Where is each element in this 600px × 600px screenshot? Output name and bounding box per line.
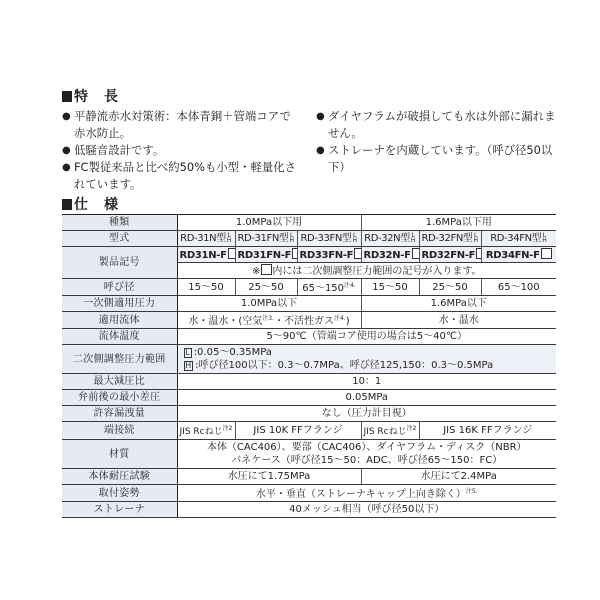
row-model: 型式 RD-31N型LH RD-31FN型LH RD-33FN型LH RD-32… bbox=[62, 231, 556, 247]
row-material: 材質 本体（CAC406）、要部（CAC406）、ダイヤフラム・ディスク（NBR… bbox=[62, 440, 556, 469]
note-text: 内には二次側調整圧力範囲の記号が入ります。 bbox=[272, 266, 481, 277]
label-leakage: 許容漏洩量 bbox=[62, 406, 177, 422]
bullet-icon: ● bbox=[316, 142, 325, 159]
note-mark: ※ bbox=[252, 266, 260, 277]
label-secondary-pressure: 二次側調整圧力範囲 bbox=[62, 345, 177, 374]
row-pressure-test: 本体耐圧試験 水圧にて1.75MPa 水圧にて2.4MPa bbox=[62, 469, 556, 485]
connection-cell: JIS Rcねじ注2 bbox=[361, 422, 419, 440]
blank-box-icon bbox=[261, 264, 272, 275]
strainer-value: 40メッシュ相当（呼び径50以下） bbox=[177, 502, 556, 518]
blank-box-icon bbox=[412, 248, 419, 259]
code-text: RD32FN-F bbox=[422, 250, 476, 261]
row-nominal: 呼び径 15～50 25～50 65～150注4. 15～50 25～50 65… bbox=[62, 279, 556, 296]
label-model: 型式 bbox=[62, 231, 177, 247]
type-high: 1.6MPa以下用 bbox=[361, 215, 556, 231]
model-text: RD-32FN型 bbox=[422, 233, 473, 244]
row-leakage: 許容漏洩量 なし（圧力計目視） bbox=[62, 406, 556, 422]
secondary-h-line: H:呼び径100以下：0.3～0.7MPa、呼び径125,150：0.3～0.5… bbox=[184, 359, 555, 372]
lh-suffix: LH bbox=[473, 233, 479, 243]
label-pressure-test: 本体耐圧試験 bbox=[62, 469, 177, 485]
feature-item: ●FC製従来品と比べ約50%も小型・軽量化されています。 bbox=[62, 159, 302, 193]
features-left-column: ●平静流赤水対策術：本体青銅＋管端コアで赤水防止。 ●低騒音設計です。 ●FC製… bbox=[62, 108, 302, 193]
h-key-icon: H bbox=[184, 361, 194, 371]
l-key-icon: L bbox=[184, 348, 192, 358]
feature-item: ●低騒音設計です。 bbox=[62, 142, 302, 159]
primary-pressure-low: 1.0MPa以下 bbox=[177, 296, 361, 312]
nominal-cell: 65～150注4. bbox=[297, 279, 361, 296]
label-code: 製品記号 bbox=[62, 247, 177, 279]
connection-cell: JIS 10K FFフランジ bbox=[235, 422, 361, 440]
feature-item: ●平静流赤水対策術：本体青銅＋管端コアで赤水防止。 bbox=[62, 108, 302, 142]
code-cell: RD32N-F bbox=[361, 247, 419, 263]
row-primary-pressure: 一次側適用圧力 1.0MPa以下 1.6MPa以下 bbox=[62, 296, 556, 312]
feature-text: 平静流赤水対策術：本体青銅＋管端コアで赤水防止。 bbox=[74, 109, 291, 140]
footnote-mark: 注3. bbox=[262, 315, 274, 322]
lh-suffix: LH bbox=[410, 233, 416, 243]
fluid-low: 水・温水・(空気注3.・不活性ガス注4.) bbox=[177, 312, 361, 329]
lh-suffix: LH bbox=[352, 233, 358, 243]
blank-box-icon bbox=[476, 248, 481, 259]
row-fluid: 適用流体 水・温水・(空気注3.・不活性ガス注4.) 水・温水 bbox=[62, 312, 556, 329]
code-cell: RD31N-F bbox=[177, 247, 235, 263]
feature-text: FC製従来品と比べ約50%も小型・軽量化されています。 bbox=[74, 160, 296, 191]
footnote-mark: 注4. bbox=[334, 315, 346, 322]
spec-title: 仕 様 bbox=[74, 197, 119, 213]
row-secondary-pressure: 二次側調整圧力範囲 L:0.05～0.35MPa H:呼び径100以下：0.3～… bbox=[62, 345, 556, 374]
label-type: 種類 bbox=[62, 215, 177, 231]
label-strainer: ストレーナ bbox=[62, 502, 177, 518]
nominal-cell: 15～50 bbox=[177, 279, 235, 296]
row-mounting: 取付姿勢 水平・垂直（ストレーナキャップ上向き除く）注5. bbox=[62, 485, 556, 502]
label-max-ratio: 最大減圧比 bbox=[62, 374, 177, 390]
row-type: 種類 1.0MPa以下用 1.6MPa以下用 bbox=[62, 215, 556, 231]
footnote-mark: 注4. bbox=[344, 282, 356, 289]
square-bullet-icon bbox=[62, 199, 72, 210]
square-bullet-icon bbox=[62, 91, 72, 102]
row-strainer: ストレーナ 40メッシュ相当（呼び径50以下） bbox=[62, 502, 556, 518]
model-cell: RD-32FN型LH bbox=[419, 231, 481, 247]
code-cell: RD32FN-F bbox=[419, 247, 481, 263]
secondary-l-line: L:0.05～0.35MPa bbox=[184, 346, 555, 359]
spec-table: 種類 1.0MPa以下用 1.6MPa以下用 型式 RD-31N型LH RD-3… bbox=[62, 214, 556, 518]
row-min-diff: 弁前後の最小差圧 0.05MPa bbox=[62, 390, 556, 406]
max-ratio-value: 10：1 bbox=[177, 374, 556, 390]
nominal-cell: 65～100 bbox=[481, 279, 556, 296]
label-nominal: 呼び径 bbox=[62, 279, 177, 296]
label-connection: 端接続 bbox=[62, 422, 177, 440]
blank-box-icon bbox=[228, 248, 235, 259]
features-right-column: ●ダイヤフラムが破損しても水は外部に漏れません。 ●ストレーナを内蔵しています。… bbox=[316, 108, 556, 176]
feature-item: ●ストレーナを内蔵しています。（呼び径50以下） bbox=[316, 142, 556, 176]
code-text: RD31FN-F bbox=[238, 250, 292, 261]
code-cell: RD34FN-F bbox=[481, 247, 556, 263]
type-low: 1.0MPa以下用 bbox=[177, 215, 361, 231]
nominal-cell: 15～50 bbox=[361, 279, 419, 296]
model-text: RD-31FN型 bbox=[238, 233, 289, 244]
row-code: 製品記号 RD31N-F RD31FN-F RD33FN-F RD32N-F R… bbox=[62, 247, 556, 263]
features-heading: 特 長 bbox=[62, 86, 119, 106]
feature-text: 低騒音設計です。 bbox=[74, 143, 164, 157]
row-connection: 端接続 JIS Rcねじ注2 JIS 10K FFフランジ JIS Rcねじ注2… bbox=[62, 422, 556, 440]
footnote-mark: 注2 bbox=[223, 425, 233, 432]
code-text: RD33FN-F bbox=[300, 250, 354, 261]
code-cell: RD31FN-F bbox=[235, 247, 297, 263]
blank-box-icon bbox=[292, 248, 297, 259]
label-min-diff: 弁前後の最小差圧 bbox=[62, 390, 177, 406]
secondary-pressure-value: L:0.05～0.35MPa H:呼び径100以下：0.3～0.7MPa、呼び径… bbox=[177, 345, 556, 374]
feature-item: ●ダイヤフラムが破損しても水は外部に漏れません。 bbox=[316, 108, 556, 142]
feature-text: ダイヤフラムが破損しても水は外部に漏れません。 bbox=[328, 109, 555, 140]
label-mounting: 取付姿勢 bbox=[62, 485, 177, 502]
bullet-icon: ● bbox=[62, 108, 71, 125]
model-cell: RD-33FN型LH bbox=[297, 231, 361, 247]
fluid-high: 水・温水 bbox=[361, 312, 556, 329]
spec-heading: 仕 様 bbox=[62, 194, 119, 214]
model-cell: RD-31FN型LH bbox=[235, 231, 297, 247]
label-primary-pressure: 一次側適用圧力 bbox=[62, 296, 177, 312]
label-temp: 流体温度 bbox=[62, 329, 177, 345]
model-text: RD-32N型 bbox=[364, 233, 410, 244]
pressure-test-high: 水圧にて2.4MPa bbox=[361, 469, 556, 485]
model-text: RD-31N型 bbox=[180, 233, 226, 244]
pressure-test-low: 水圧にて1.75MPa bbox=[177, 469, 361, 485]
blank-box-icon bbox=[354, 248, 361, 259]
row-temp: 流体温度 5～90℃（管端コア使用の場合は5～40℃） bbox=[62, 329, 556, 345]
model-cell: RD-32N型LH bbox=[361, 231, 419, 247]
blank-box-icon bbox=[541, 248, 552, 259]
lh-suffix: LH bbox=[541, 233, 547, 243]
connection-cell: JIS Rcねじ注2 bbox=[177, 422, 235, 440]
min-diff-value: 0.05MPa bbox=[177, 390, 556, 406]
nominal-cell: 25～50 bbox=[419, 279, 481, 296]
features-title: 特 長 bbox=[74, 89, 119, 105]
bullet-icon: ● bbox=[62, 159, 71, 176]
connection-cell: JIS 16K FFフランジ bbox=[419, 422, 556, 440]
model-cell: RD-34FN型LH bbox=[481, 231, 556, 247]
model-text: RD-34FN型 bbox=[490, 233, 541, 244]
lh-suffix: LH bbox=[289, 233, 295, 243]
footnote-mark: 注2 bbox=[407, 425, 417, 432]
material-line: バネケース（呼び径15～50：ADC、呼び径65～150：FC） bbox=[180, 454, 555, 467]
primary-pressure-high: 1.6MPa以下 bbox=[361, 296, 556, 312]
mounting-value: 水平・垂直（ストレーナキャップ上向き除く）注5. bbox=[177, 485, 556, 502]
code-text: RD32N-F bbox=[364, 250, 411, 261]
model-text: RD-33FN型 bbox=[300, 233, 351, 244]
bullet-icon: ● bbox=[62, 142, 71, 159]
material-value: 本体（CAC406）、要部（CAC406）、ダイヤフラム・ディスク（NBR） バ… bbox=[177, 440, 556, 469]
label-fluid: 適用流体 bbox=[62, 312, 177, 329]
temp-value: 5～90℃（管端コア使用の場合は5～40℃） bbox=[177, 329, 556, 345]
footnote-mark: 注5. bbox=[466, 488, 478, 495]
feature-text: ストレーナを内蔵しています。（呼び径50以下） bbox=[328, 143, 552, 174]
nominal-cell: 25～50 bbox=[235, 279, 297, 296]
code-text: RD31N-F bbox=[180, 250, 227, 261]
code-text: RD34FN-F bbox=[486, 250, 540, 261]
code-cell: RD33FN-F bbox=[297, 247, 361, 263]
code-note: ※内には二次側調整圧力範囲の記号が入ります。 bbox=[177, 263, 556, 279]
label-material: 材質 bbox=[62, 440, 177, 469]
lh-suffix: LH bbox=[226, 233, 232, 243]
leakage-value: なし（圧力計目視） bbox=[177, 406, 556, 422]
material-line: 本体（CAC406）、要部（CAC406）、ダイヤフラム・ディスク（NBR） bbox=[180, 441, 555, 454]
bullet-icon: ● bbox=[316, 108, 325, 125]
row-max-ratio: 最大減圧比 10：1 bbox=[62, 374, 556, 390]
model-cell: RD-31N型LH bbox=[177, 231, 235, 247]
